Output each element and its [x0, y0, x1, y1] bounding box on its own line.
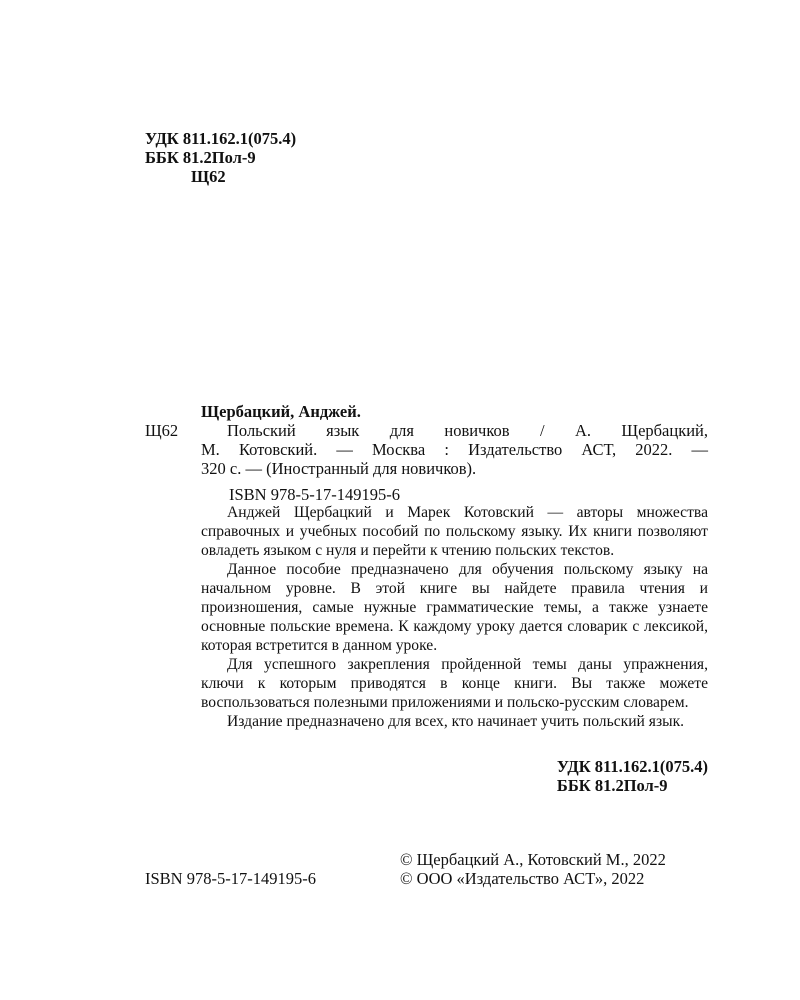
- copyright-authors: © Щербацкий А., Котовский М., 2022: [400, 850, 666, 869]
- annotation-paragraph: Данное пособие предназначено для обучени…: [201, 560, 708, 655]
- isbn-imprint: ISBN 978-5-17-149195-6: [145, 869, 316, 888]
- bbk-code-footer: ББК 81.2Пол-9: [557, 776, 708, 795]
- footer-classification-codes: УДК 811.162.1(075.4) ББК 81.2Пол-9: [557, 757, 708, 795]
- annotation-paragraph: Анджей Щербацкий и Марек Котовский — авт…: [201, 503, 708, 560]
- bbk-code: ББК 81.2Пол-9: [145, 148, 296, 167]
- author-heading: Щербацкий, Анджей.: [201, 402, 361, 421]
- annotation: Анджей Щербацкий и Марек Котовский — авт…: [201, 503, 708, 731]
- isbn-record: ISBN 978-5-17-149195-6: [229, 485, 400, 504]
- bibliographic-description: Польский язык для новичков / А. Щербацки…: [201, 421, 708, 478]
- copyright-block: © Щербацкий А., Котовский М., 2022 © ООО…: [400, 850, 666, 888]
- author-sign: Щ62: [145, 167, 296, 186]
- biblio-line: 320 с. — (Иностранный для новичков).: [201, 459, 708, 478]
- author-sign-biblio: Щ62: [145, 421, 178, 440]
- annotation-paragraph: Для успешного закрепления пройденной тем…: [201, 655, 708, 712]
- copyright-publisher: © ООО «Издательство АСТ», 2022: [400, 869, 666, 888]
- biblio-line: М. Котовский. — Москва : Издательство АС…: [201, 440, 708, 459]
- udk-code: УДК 811.162.1(075.4): [145, 129, 296, 148]
- annotation-paragraph: Издание предназначено для всех, кто начи…: [201, 712, 708, 731]
- udk-code-footer: УДК 811.162.1(075.4): [557, 757, 708, 776]
- biblio-line: Польский язык для новичков / А. Щербацки…: [201, 421, 708, 440]
- classification-codes: УДК 811.162.1(075.4) ББК 81.2Пол-9 Щ62: [145, 129, 296, 186]
